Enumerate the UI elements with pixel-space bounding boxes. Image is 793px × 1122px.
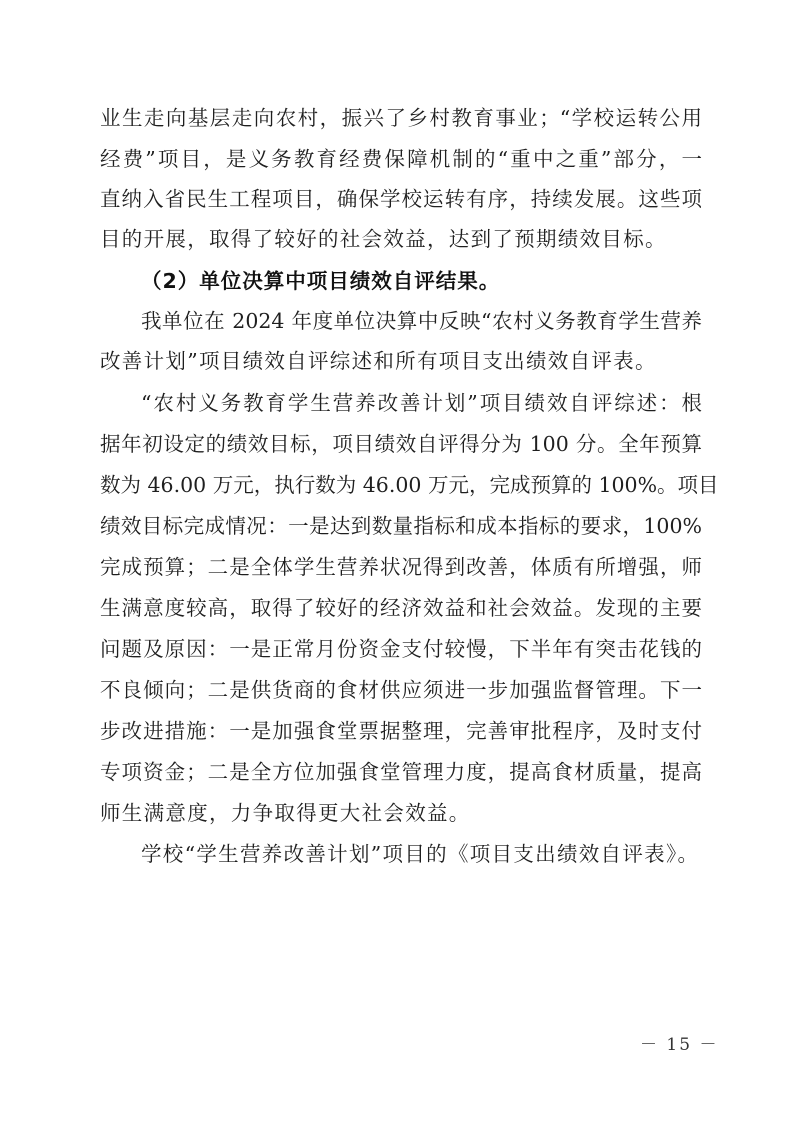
page-number: － 15 －	[640, 1030, 718, 1055]
body-text-line: 绩效目标完成情况：一是达到数量指标和成本指标的要求，100%	[100, 513, 702, 539]
body-text-line: 改善计划”项目绩效自评综述和所有项目支出绩效自评表。	[100, 348, 702, 374]
section-heading: （2）单位决算中项目绩效自评结果。	[141, 268, 702, 294]
document-page: 业生走向基层走向农村，振兴了乡村教育事业；“学校运转公用 经费”项目，是义务教育…	[0, 0, 793, 1122]
body-text-line: 目的开展，取得了较好的社会效益，达到了预期绩效目标。	[100, 226, 702, 252]
body-text-line: 问题及原因：一是正常月份资金支付较慢，下半年有突击花钱的	[100, 636, 702, 662]
body-text-line: 直纳入省民生工程项目，确保学校运转有序，持续发展。这些项	[100, 186, 702, 212]
body-text-line: 数为 46.00 万元，执行数为 46.00 万元，完成预算的 100%。项目	[100, 472, 702, 498]
body-text-line: 我单位在 2024 年度单位决算中反映“农村义务教育学生营养	[141, 308, 702, 334]
body-text-line: “农村义务教育学生营养改善计划”项目绩效自评综述：根	[141, 390, 702, 416]
body-text-line: 师生满意度，力争取得更大社会效益。	[100, 800, 702, 826]
body-text-line: 据年初设定的绩效目标，项目绩效自评得分为 100 分。全年预算	[100, 431, 702, 457]
body-text-line: 学校“学生营养改善计划”项目的《项目支出绩效自评表》。	[141, 841, 702, 867]
body-text-line: 生满意度较高，取得了较好的经济效益和社会效益。发现的主要	[100, 595, 702, 621]
body-text-line: 步改进措施：一是加强食堂票据整理，完善审批程序，及时支付	[100, 718, 702, 744]
body-text-line: 业生走向基层走向农村，振兴了乡村教育事业；“学校运转公用	[100, 105, 702, 131]
body-text-line: 不良倾向；二是供货商的食材供应须进一步加强监督管理。下一	[100, 677, 702, 703]
body-text-line: 完成预算；二是全体学生营养状况得到改善，体质有所增强，师	[100, 554, 702, 580]
body-text-line: 经费”项目，是义务教育经费保障机制的“重中之重”部分，一	[100, 146, 702, 172]
body-text-line: 专项资金；二是全方位加强食堂管理力度，提高食材质量，提高	[100, 759, 702, 785]
